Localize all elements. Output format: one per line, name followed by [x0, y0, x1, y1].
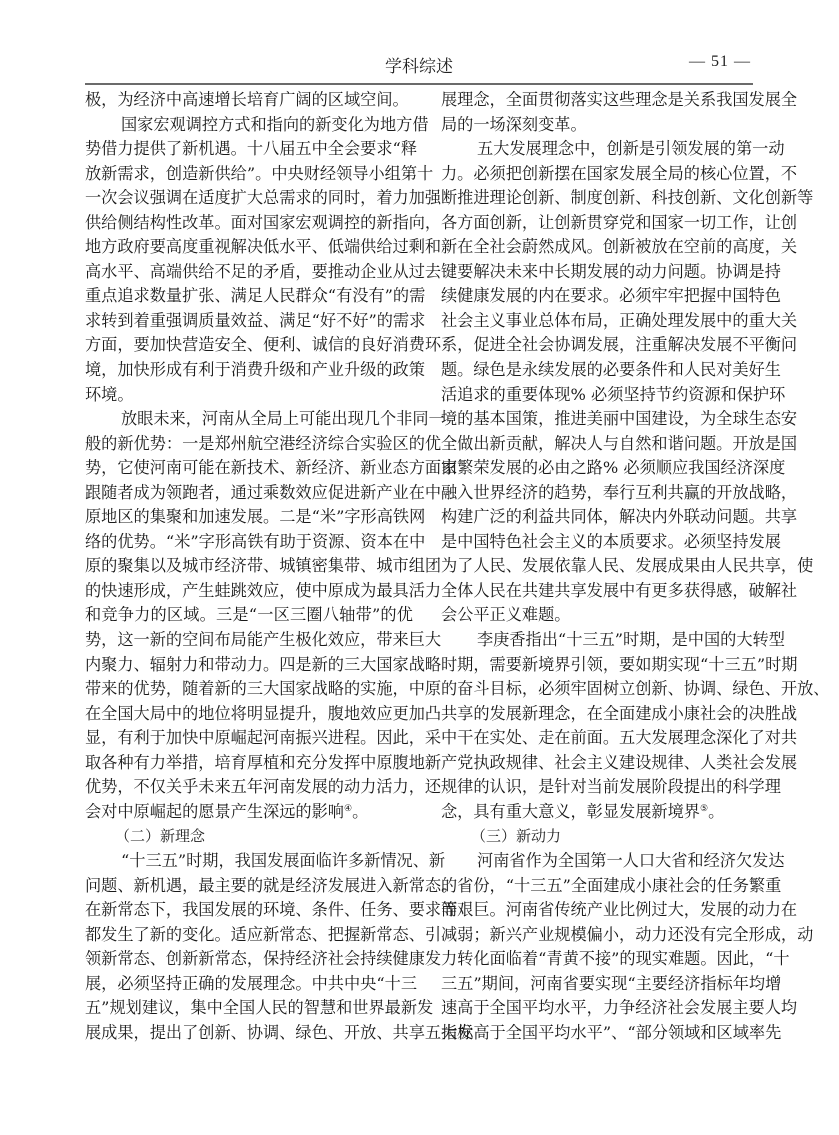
line-text: 环境。 [85, 385, 134, 404]
footnote-ref: ⑤ [700, 804, 708, 814]
line-text: 展理念，全面贯彻落实这些理念是关系我国发展全 [441, 90, 797, 109]
line-text: 极，为经济中高速增长培育广阔的区域空间。 [85, 90, 409, 109]
line-text: 键要解决未来中长期发展的动力问题。协调是持 [441, 262, 781, 281]
line-text: 社会主义事业总体布局，正确处理发展中的重大关 [441, 311, 797, 330]
text-line: 在全国大局中的地位将明显提升，腹地效应更加凸 [85, 702, 413, 727]
text-line: 势，它使河南可能在新技术、新经济、新业态方面由 [85, 456, 413, 481]
line-text: 放新需求，创造新供给”。中央财经领导小组第十 [85, 164, 433, 183]
line-text: 念，具有重大意义，彰显发展新境界 [441, 802, 700, 821]
line-text: 展，必须坚持正确的发展理念。中共中央“十三 [85, 974, 417, 993]
text-line: 环境。 [85, 383, 413, 408]
line-text: 活追求的重要体现% 必须坚持节约资源和保护环 [441, 385, 785, 404]
line-text: 原地区的集聚和加速发展。二是“米”字形高铁网 [85, 507, 425, 526]
text-line: 河南省作为全国第一人口大省和经济欠发达 [441, 849, 769, 874]
text-line: 优势，不仅关乎未来五年河南发展的动力活力，还 [85, 775, 413, 800]
line-text: 是中国特色社会主义的本质要求。必须坚持发展 [441, 532, 781, 551]
line-text: 问题、新机遇，最主要的就是经济发展进入新常态。 [85, 876, 457, 895]
text-line: 会对中原崛起的愿景产生深远的影响④。 [85, 800, 413, 825]
text-line: 是中国特色社会主义的本质要求。必须坚持发展 [441, 530, 769, 555]
line-text: 家繁荣发展的必由之路% 必须顺应我国经济深度 [441, 458, 785, 477]
text-line: 势借力提供了新机遇。十八届五中全会要求“释 [85, 137, 413, 162]
text-line: 放新需求，创造新供给”。中央财经领导小组第十 [85, 162, 413, 187]
line-text: 三五”期间，河南省要实现“主要经济指标年均增 [441, 974, 781, 993]
text-line: 而艰巨。河南省传统产业比例过大，发展的动力在 [441, 898, 769, 923]
text-line: 重点追求数量扩张、满足人民群众“有没有”的需 [85, 284, 413, 309]
line-text: 方面，要加快营造安全、便利、诚信的良好消费环 [85, 335, 441, 354]
line-text: 的奋斗目标，必须牢固树立创新、协调、绿色、开放、 [441, 679, 830, 698]
line-text: 地方政府要高度重视解决低水平、低端供给过剩和 [85, 237, 441, 256]
text-line: 键要解决未来中长期发展的动力问题。协调是持 [441, 260, 769, 285]
text-line: 断推进理论创新、制度创新、科技创新、文化创新等 [441, 186, 769, 211]
line-text: （三）新动力 [471, 827, 561, 845]
text-line: 原的聚集以及城市经济带、城镇密集带、城市组团 [85, 554, 413, 579]
line-text: 融入世界经济的趋势，奉行互利共赢的开放战略， [441, 483, 797, 502]
line-text: 显，有利于加快中原崛起河南振兴进程。因此，采 [85, 728, 441, 747]
page-header: 学科综述 — 51 — [85, 52, 753, 78]
line-text: 跟随者成为领跑者，通过乘数效应促进新产业在中 [85, 483, 441, 502]
text-line: 络的优势。“米”字形高铁有助于资源、资本在中 [85, 530, 413, 555]
text-line: 减弱；新兴产业规模偏小，动力还没有完全形成，动 [441, 923, 769, 948]
text-line: 般的新优势：一是郑州航空港经济综合实验区的优 [85, 432, 413, 457]
line-text: 络的优势。“米”字形高铁有助于资源、资本在中 [85, 532, 425, 551]
text-line: 领新常态、创新新常态，保持经济社会持续健康发 [85, 947, 413, 972]
line-text: 势借力提供了新机遇。十八届五中全会要求“释 [85, 139, 417, 158]
text-line: 供给侧结构性改革。面对国家宏观调控的新指向， [85, 211, 413, 236]
line-text: 般的新优势：一是郑州航空港经济综合实验区的优 [85, 434, 441, 453]
text-line: 共享的发展新理念，在全面建成小康社会的决胜战 [441, 702, 769, 727]
line-text: 为了人民、发展依靠人民、发展成果由人民共享，使 [441, 556, 813, 575]
line-text: 指标高于全国平均水平”、“部分领域和区域率先 [441, 1023, 781, 1042]
text-line: 中干在实处、走在前面。五大发展理念深化了对共 [441, 726, 769, 751]
text-line: 国家宏观调控方式和指向的新变化为地方借 [85, 113, 413, 138]
text-line: 全做出新贡献，解决人与自然和谐问题。开放是国 [441, 432, 769, 457]
text-line: 内聚力、辐射力和带动力。四是新的三大国家战略 [85, 653, 413, 678]
text-line: 显，有利于加快中原崛起河南振兴进程。因此，采 [85, 726, 413, 751]
line-text: 力。必须把创新摆在国家发展全局的核心位置，不 [441, 164, 797, 183]
line-text: 会对中原崛起的愿景产生深远的影响 [85, 802, 344, 821]
text-line: 的省份，“十三五”全面建成小康社会的任务繁重 [441, 874, 769, 899]
text-line: 原地区的集聚和加速发展。二是“米”字形高铁网 [85, 505, 413, 530]
line-text: 境的基本国策，推进美丽中国建设，为全球生态安 [441, 409, 797, 428]
text-line: 取各种有力举措，培育厚植和充分发挥中原腹地新 [85, 751, 413, 776]
running-title: 学科综述 [85, 52, 753, 77]
line-text: 一次会议强调在适度扩大总需求的同时，着力加强 [85, 188, 441, 207]
line-text: 系，促进全社会协调发展，注重解决发展不平衡问 [441, 335, 797, 354]
text-line: 力转化面临着“青黄不接”的现实难题。因此，“十 [441, 947, 769, 972]
text-line: 势，这一新的空间布局能产生极化效应，带来巨大 [85, 628, 413, 653]
text-line: 全体人民在共建共享发展中有更多获得感，破解社 [441, 579, 769, 604]
text-line: 求转到着重强调质量效益、满足“好不好”的需求 [85, 309, 413, 334]
text-line: 为了人民、发展依靠人民、发展成果由人民共享，使 [441, 554, 769, 579]
text-line: 融入世界经济的趋势，奉行互利共赢的开放战略， [441, 481, 769, 506]
text-line: 带来的优势，随着新的三大国家战略的实施，中原 [85, 677, 413, 702]
text-line: 时期，需要新境界引领，要如期实现“十三五”时期 [441, 653, 769, 678]
line-text: 产党执政规律、社会主义建设规律、人类社会发展 [441, 753, 797, 772]
text-line: 规律的认识，是针对当前发展阶段提出的科学理 [441, 775, 769, 800]
text-line: 力。必须把创新摆在国家发展全局的核心位置，不 [441, 162, 769, 187]
text-column-left: 极，为经济中高速增长培育广阔的区域空间。国家宏观调控方式和指向的新变化为地方借势… [85, 88, 413, 1045]
line-text: 优势，不仅关乎未来五年河南发展的动力活力，还 [85, 777, 441, 796]
text-line: 各方面创新，让创新贯穿党和国家一切工作，让创 [441, 211, 769, 236]
page-number: — 51 — [689, 53, 751, 71]
line-text: “十三五”时期，我国发展面临许多新情况、新 [121, 851, 445, 870]
line-text: 取各种有力举措，培育厚植和充分发挥中原腹地新 [85, 753, 441, 772]
text-line: 境的基本国策，推进美丽中国建设，为全球生态安 [441, 407, 769, 432]
line-text: 全体人民在共建共享发展中有更多获得感，破解社 [441, 581, 797, 600]
text-line: 念，具有重大意义，彰显发展新境界⑤。 [441, 800, 769, 825]
line-tail: 。 [352, 802, 368, 821]
line-text: （二）新理念 [115, 827, 205, 845]
line-text: 全做出新贡献，解决人与自然和谐问题。开放是国 [441, 434, 797, 453]
footnote-ref: ④ [344, 804, 352, 814]
line-text: 各方面创新，让创新贯穿党和国家一切工作，让创 [441, 213, 797, 232]
line-text: 原的聚集以及城市经济带、城镇密集带、城市组团 [85, 556, 441, 575]
line-text: 力转化面临着“青黄不接”的现实难题。因此，“十 [441, 949, 790, 968]
text-line: 社会主义事业总体布局，正确处理发展中的重大关 [441, 309, 769, 334]
text-line: 在新常态下，我国发展的环境、条件、任务、要求等 [85, 898, 413, 923]
line-text: 内聚力、辐射力和带动力。四是新的三大国家战略 [85, 655, 441, 674]
line-text: 而艰巨。河南省传统产业比例过大，发展的动力在 [441, 900, 797, 919]
text-line: 跟随者成为领跑者，通过乘数效应促进新产业在中 [85, 481, 413, 506]
text-line: “十三五”时期，我国发展面临许多新情况、新 [85, 849, 413, 874]
text-line: 高水平、高端供给不足的矛盾，要推动企业从过去 [85, 260, 413, 285]
line-tail: 。 [708, 802, 724, 821]
line-text: 规律的认识，是针对当前发展阶段提出的科学理 [441, 777, 781, 796]
line-text: 的省份，“十三五”全面建成小康社会的任务繁重 [441, 876, 781, 895]
line-text: 放眼未来，河南从全局上可能出现几个非同一 [121, 409, 445, 428]
line-text: 中干在实处、走在前面。五大发展理念深化了对共 [441, 728, 797, 747]
line-text: 速高于全国平均水平，力争经济社会发展主要人均 [441, 998, 797, 1017]
line-text: 断推进理论创新、制度创新、科技创新、文化创新等 [441, 188, 813, 207]
text-line: 的奋斗目标，必须牢固树立创新、协调、绿色、开放、 [441, 677, 769, 702]
line-text: 题。绿色是永续发展的必要条件和人民对美好生 [441, 360, 781, 379]
line-text: 和竞争力的区域。三是“一区三圈八轴带”的优 [85, 605, 413, 624]
text-line: 展成果，提出了创新、协调、绿色、开放、共享五大发 [85, 1021, 413, 1046]
text-line: 地方政府要高度重视解决低水平、低端供给过剩和 [85, 235, 413, 260]
line-text: 新在全社会蔚然成风。创新被放在空前的高度，关 [441, 237, 797, 256]
text-line: 方面，要加快营造安全、便利、诚信的良好消费环 [85, 333, 413, 358]
text-line: 系，促进全社会协调发展，注重解决发展不平衡问 [441, 333, 769, 358]
line-text: 国家宏观调控方式和指向的新变化为地方借 [121, 115, 429, 134]
line-text: 势，它使河南可能在新技术、新经济、新业态方面由 [85, 458, 457, 477]
text-line: 指标高于全国平均水平”、“部分领域和区域率先 [441, 1021, 769, 1046]
line-text: 带来的优势，随着新的三大国家战略的实施，中原 [85, 679, 441, 698]
line-text: 减弱；新兴产业规模偏小，动力还没有完全形成，动 [441, 925, 813, 944]
line-text: 会公平正义难题。 [441, 605, 571, 624]
text-line: 和竞争力的区域。三是“一区三圈八轴带”的优 [85, 603, 413, 628]
text-line: 展，必须坚持正确的发展理念。中共中央“十三 [85, 972, 413, 997]
line-text: 续健康发展的内在要求。必须牢牢把握中国特色 [441, 286, 781, 305]
text-line: 局的一场深刻变革。 [441, 113, 769, 138]
line-text: 求转到着重强调质量效益、满足“好不好”的需求 [85, 311, 425, 330]
text-line: 新在全社会蔚然成风。创新被放在空前的高度，关 [441, 235, 769, 260]
text-line: 放眼未来，河南从全局上可能出现几个非同一 [85, 407, 413, 432]
line-text: 李庚香指出“十三五”时期，是中国的大转型 [477, 630, 785, 649]
text-line: 产党执政规律、社会主义建设规律、人类社会发展 [441, 751, 769, 776]
text-line: 五大发展理念中，创新是引领发展的第一动 [441, 137, 769, 162]
text-line: 题。绿色是永续发展的必要条件和人民对美好生 [441, 358, 769, 383]
section-heading: （二）新理念 [85, 824, 413, 849]
line-text: 五”规划建议，集中全国人民的智慧和世界最新发 [85, 998, 433, 1017]
line-text: 势，这一新的空间布局能产生极化效应，带来巨大 [85, 630, 441, 649]
line-text: 的快速形成，产生蛙跳效应，使中原成为最具活力 [85, 581, 441, 600]
line-text: 供给侧结构性改革。面对国家宏观调控的新指向， [85, 213, 441, 232]
text-line: 三五”期间，河南省要实现“主要经济指标年均增 [441, 972, 769, 997]
text-line: 会公平正义难题。 [441, 603, 769, 628]
text-column-right: 展理念，全面贯彻落实这些理念是关系我国发展全局的一场深刻变革。五大发展理念中，创… [441, 88, 769, 1045]
text-line: 速高于全国平均水平，力争经济社会发展主要人均 [441, 996, 769, 1021]
text-line: 境，加快形成有利于消费升级和产业升级的政策 [85, 358, 413, 383]
text-line: 展理念，全面贯彻落实这些理念是关系我国发展全 [441, 88, 769, 113]
line-text: 在全国大局中的地位将明显提升，腹地效应更加凸 [85, 704, 441, 723]
header-rule [85, 83, 753, 85]
text-line: 家繁荣发展的必由之路% 必须顺应我国经济深度 [441, 456, 769, 481]
line-text: 重点追求数量扩张、满足人民群众“有没有”的需 [85, 286, 425, 305]
line-text: 展成果，提出了创新、协调、绿色、开放、共享五大发 [85, 1023, 474, 1042]
section-heading: （三）新动力 [441, 824, 769, 849]
line-text: 时期，需要新境界引领，要如期实现“十三五”时期 [441, 655, 798, 674]
line-text: 构建广泛的利益共同体，解决内外联动问题。共享 [441, 507, 797, 526]
line-text: 领新常态、创新新常态，保持经济社会持续健康发 [85, 949, 441, 968]
text-line: 一次会议强调在适度扩大总需求的同时，着力加强 [85, 186, 413, 211]
line-text: 高水平、高端供给不足的矛盾，要推动企业从过去 [85, 262, 441, 281]
text-line: 问题、新机遇，最主要的就是经济发展进入新常态。 [85, 874, 413, 899]
line-text: 都发生了新的变化。适应新常态、把握新常态、引 [85, 925, 441, 944]
line-text: 境，加快形成有利于消费升级和产业升级的政策 [85, 360, 425, 379]
line-text: 在新常态下，我国发展的环境、条件、任务、要求等 [85, 900, 457, 919]
line-text: 局的一场深刻变革。 [441, 115, 587, 134]
text-line: 五”规划建议，集中全国人民的智慧和世界最新发 [85, 996, 413, 1021]
line-text: 共享的发展新理念，在全面建成小康社会的决胜战 [441, 704, 797, 723]
text-line: 续健康发展的内在要求。必须牢牢把握中国特色 [441, 284, 769, 309]
text-line: 构建广泛的利益共同体，解决内外联动问题。共享 [441, 505, 769, 530]
text-line: 极，为经济中高速增长培育广阔的区域空间。 [85, 88, 413, 113]
text-line: 李庚香指出“十三五”时期，是中国的大转型 [441, 628, 769, 653]
text-line: 活追求的重要体现% 必须坚持节约资源和保护环 [441, 383, 769, 408]
line-text: 五大发展理念中，创新是引领发展的第一动 [477, 139, 785, 158]
line-text: 河南省作为全国第一人口大省和经济欠发达 [477, 851, 785, 870]
text-line: 都发生了新的变化。适应新常态、把握新常态、引 [85, 923, 413, 948]
text-line: 的快速形成，产生蛙跳效应，使中原成为最具活力 [85, 579, 413, 604]
